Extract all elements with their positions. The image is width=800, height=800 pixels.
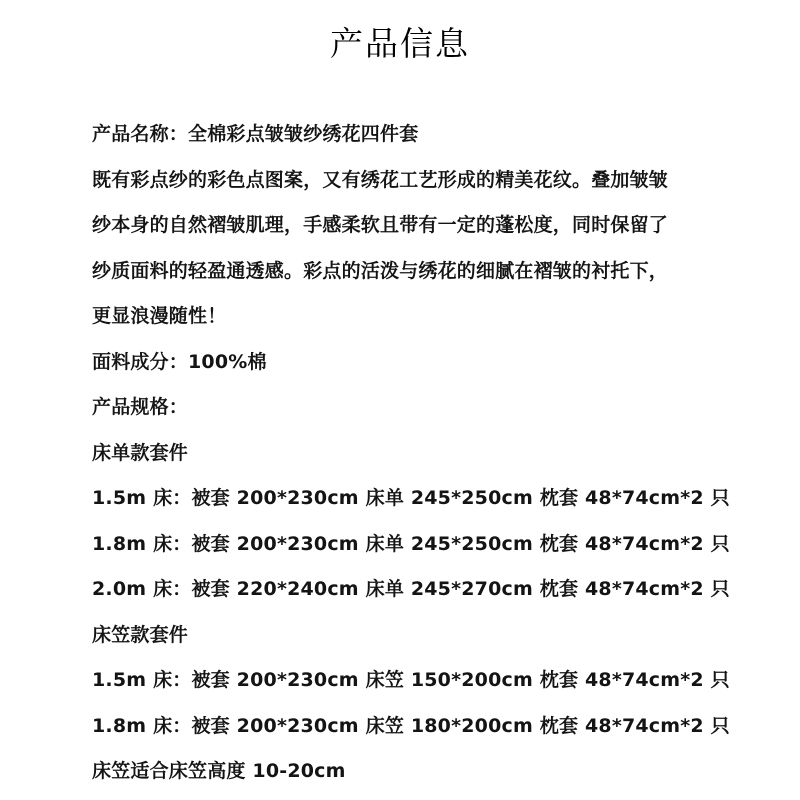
product-name: 产品名称：全棉彩点皱皱纱绣花四件套 xyxy=(92,112,722,158)
sheet-set-row: 1.8m 床：被套 200*230cm 床单 245*250cm 枕套 48*7… xyxy=(92,522,722,568)
sheet-set-heading: 床单款套件 xyxy=(92,431,722,477)
sheet-set-row: 2.0m 床：被套 220*240cm 床单 245*270cm 枕套 48*7… xyxy=(92,567,722,613)
sheet-set-row: 1.5m 床：被套 200*230cm 床单 245*250cm 枕套 48*7… xyxy=(92,476,722,522)
page-title: 产品信息 xyxy=(0,18,800,65)
description-line: 更显浪漫随性！ xyxy=(92,294,722,340)
fitted-sheet-note: 床笠适合床笠高度 10-20cm xyxy=(92,749,722,795)
description-line: 既有彩点纱的彩色点图案，又有绣花工艺形成的精美花纹。叠加皱皱 xyxy=(92,158,722,204)
description-line: 纱质面料的轻盈通透感。彩点的活泼与绣花的细腻在褶皱的衬托下， xyxy=(92,249,722,295)
fitted-set-heading: 床笠款套件 xyxy=(92,613,722,659)
fitted-set-row: 1.5m 床：被套 200*230cm 床笠 150*200cm 枕套 48*7… xyxy=(92,658,722,704)
product-info-body: 产品名称：全棉彩点皱皱纱绣花四件套 既有彩点纱的彩色点图案，又有绣花工艺形成的精… xyxy=(92,112,722,795)
fitted-set-row: 1.8m 床：被套 200*230cm 床笠 180*200cm 枕套 48*7… xyxy=(92,704,722,750)
description-line: 纱本身的自然褶皱肌理，手感柔软且带有一定的蓬松度，同时保留了 xyxy=(92,203,722,249)
spec-heading: 产品规格： xyxy=(92,385,722,431)
fabric-composition: 面料成分：100%棉 xyxy=(92,340,722,386)
